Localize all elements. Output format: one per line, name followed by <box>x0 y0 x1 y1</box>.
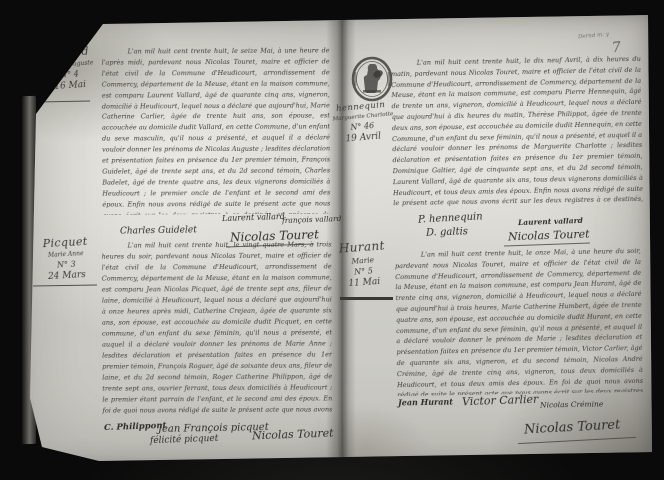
signature: Nicolas Touret <box>508 228 590 244</box>
margin-date: 11 Mai <box>335 276 394 290</box>
signature: Nicolas Crémine <box>540 399 603 409</box>
scan-canvas: 6 Dernd m. y 7 Vallard Nicolas Auguste N… <box>0 0 664 480</box>
corner-annotation: Dernd m. y <box>578 32 609 41</box>
signature: Laurent vallard <box>518 216 583 227</box>
act-body-picquet: L'an mil huit cent trente huit, le vingt… <box>102 239 333 416</box>
signature-flourish <box>518 437 636 444</box>
signature: Laurent vallard <box>222 212 285 223</box>
signature: D. galtis <box>426 226 468 238</box>
signature: Nicolas Touret <box>524 417 621 437</box>
act-body-vallard: L'an mil huit cent trente huit, le seize… <box>102 45 331 214</box>
margin-note-vallard: Vallard Nicolas Auguste N° 4 16 Mai <box>37 44 102 93</box>
margin-note-hurant: Hurant Marie N° 5 11 Mai <box>332 238 393 290</box>
act-body-hennequin: L'an mil huit cent trente huit, le dix n… <box>391 54 644 208</box>
signature: Jean Hurant <box>398 397 453 408</box>
signature: P. hennequin <box>418 211 483 225</box>
margin-date: 24 Mars <box>35 269 99 282</box>
margin-date: 16 Mai <box>39 79 102 93</box>
margin-rule <box>340 297 393 300</box>
margin-rule <box>38 101 90 103</box>
margin-surname: Picquet <box>33 234 98 250</box>
signature: Nicolas Touret <box>252 427 334 443</box>
margin-surname: Hurant <box>332 238 391 256</box>
margin-rule <box>33 284 97 287</box>
signature: félicité picquet <box>150 434 219 446</box>
signature: Victor Carlier <box>462 393 539 409</box>
act-body-hurant: L'an mil huit cent trente huit, le onze … <box>395 246 644 396</box>
register-spread: 6 Dernd m. y 7 Vallard Nicolas Auguste N… <box>0 0 664 480</box>
revenue-stamp-icon <box>351 56 393 102</box>
margin-note-hennequin: hennequin Marguerite Charlotte N° 46 19 … <box>331 100 392 146</box>
margin-note-picquet: Picquet Marie Anne N° 3 24 Mars <box>33 234 99 282</box>
signature: Charles Guidelet <box>120 225 197 236</box>
folio-number-left: 6 <box>45 28 55 46</box>
